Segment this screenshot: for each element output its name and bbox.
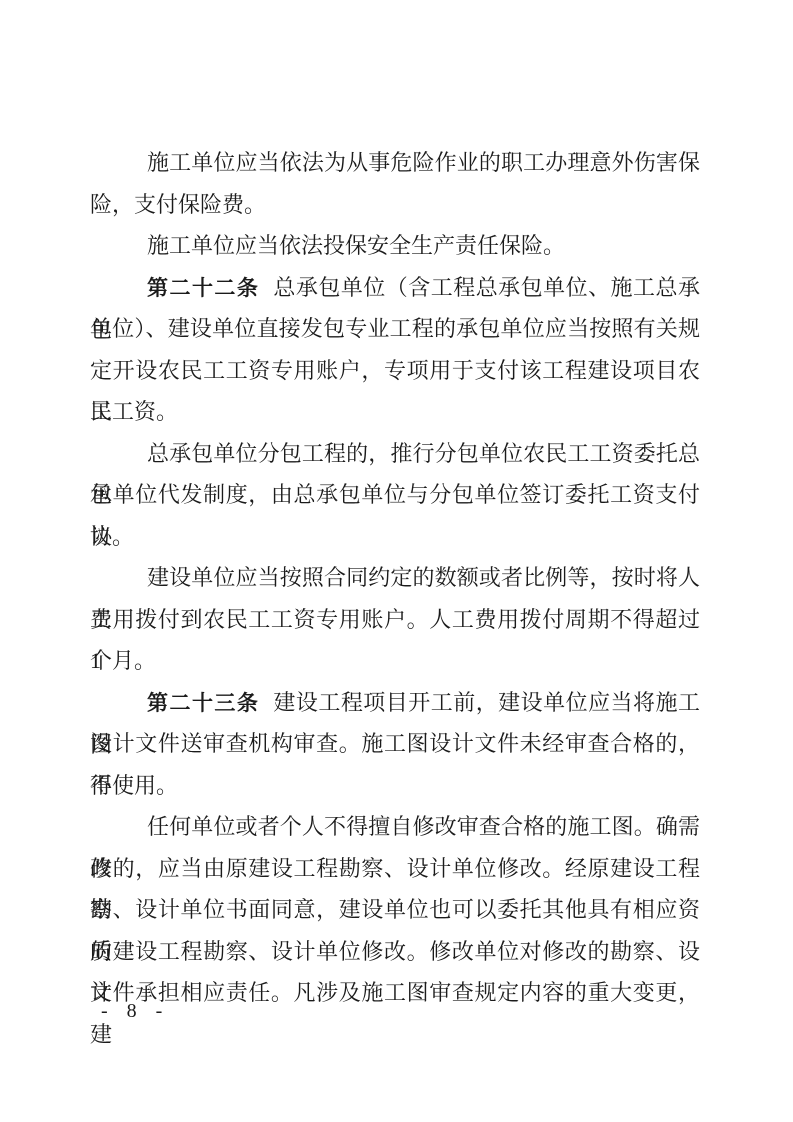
line-text: 险，支付保险费。 xyxy=(90,192,266,217)
document-body: 施工单位应当依法为从事危险作业的职工办理意外伤害保 险，支付保险费。 施工单位应… xyxy=(90,142,700,1014)
line-text: 施工单位应当依法为从事危险作业的职工办理意外伤害保 xyxy=(147,150,700,175)
text-line: 施工单位应当依法为从事危险作业的职工办理意外伤害保 xyxy=(90,142,700,184)
text-line: 单位）、建设单位直接发包专业工程的承包单位应当按照有关规 xyxy=(90,308,700,350)
line-text: 施工单位应当依法投保安全生产责任保险。 xyxy=(147,233,565,258)
article-number: 第二十三条 xyxy=(147,691,259,715)
text-line: 文件承担相应责任。凡涉及施工图审查规定内容的重大变更，建 xyxy=(90,972,700,1014)
text-line: 议。 xyxy=(90,516,700,558)
line-text: 文件承担相应责任。凡涉及施工图审查规定内容的重大变更，建 xyxy=(90,980,700,1047)
text-line-article-23: 第二十三条建设工程项目开工前，建设单位应当将施工图 xyxy=(90,682,700,724)
text-line: 建设单位应当按照合同约定的数额或者比例等，按时将人工 xyxy=(90,557,700,599)
text-line: 得使用。 xyxy=(90,765,700,807)
line-text: 单位）、建设单位直接发包专业工程的承包单位应当按照有关规 xyxy=(90,316,700,341)
text-line: 设计文件送审查机构审查。施工图设计文件未经审查合格的，不 xyxy=(90,723,700,765)
text-line: 察、设计单位书面同意，建设单位也可以委托其他具有相应资质 xyxy=(90,889,700,931)
text-line-article-22: 第二十二条总承包单位（含工程总承包单位、施工总承包 xyxy=(90,267,700,309)
text-line: 个月。 xyxy=(90,640,700,682)
line-text: 工工资。 xyxy=(90,399,178,424)
text-line: 施工单位应当依法投保安全生产责任保险。 xyxy=(90,225,700,267)
line-text: 个月。 xyxy=(90,648,156,673)
article-number: 第二十二条 xyxy=(147,276,259,300)
text-line: 包单位代发制度，由总承包单位与分包单位签订委托工资支付协 xyxy=(90,474,700,516)
line-text: 得使用。 xyxy=(90,773,178,798)
text-line: 改的，应当由原建设工程勘察、设计单位修改。经原建设工程勘 xyxy=(90,848,700,890)
text-line: 任何单位或者个人不得擅自修改审查合格的施工图。确需修 xyxy=(90,806,700,848)
text-line: 险，支付保险费。 xyxy=(90,184,700,226)
text-line: 总承包单位分包工程的，推行分包单位农民工工资委托总承 xyxy=(90,433,700,475)
line-text: 议。 xyxy=(90,524,134,549)
text-line: 的建设工程勘察、设计单位修改。修改单位对修改的勘察、设计 xyxy=(90,931,700,973)
text-line: 定开设农民工工资专用账户，专项用于支付该工程建设项目农民 xyxy=(90,350,700,392)
page-number: - 8 - xyxy=(101,1000,169,1023)
text-line: 工工资。 xyxy=(90,391,700,433)
text-line: 费用拨付到农民工工资专用账户。人工费用拨付周期不得超过 1 xyxy=(90,599,700,641)
document-page: 施工单位应当依法为从事危险作业的职工办理意外伤害保 险，支付保险费。 施工单位应… xyxy=(0,0,793,1122)
